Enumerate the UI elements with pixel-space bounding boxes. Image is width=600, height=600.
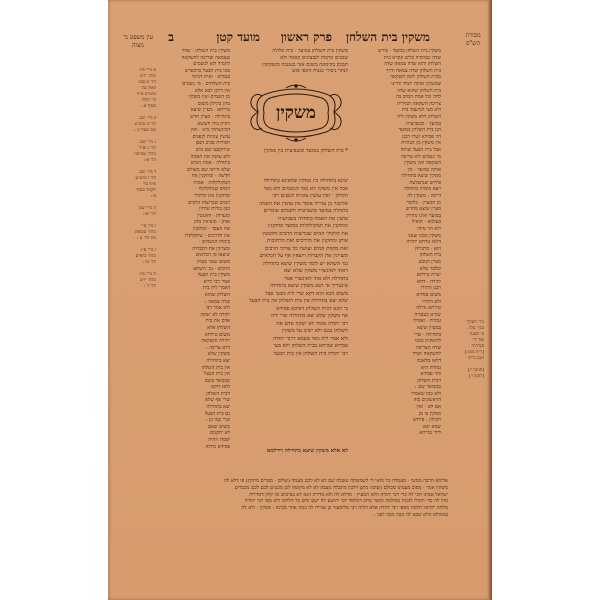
text-line: אדם את בית — [158, 318, 230, 325]
masoret-hashas-label: מסורת הש"ס — [460, 32, 486, 48]
text-line: מעיין הנובע — [353, 259, 441, 266]
text-line: רבי יהודה בית השלחן אין בית הבעל — [236, 351, 348, 359]
text-line: המים שנתקלקלו · — [158, 186, 230, 193]
header-tractate-title: משקין בית השלחן — [346, 30, 430, 45]
text-line: אם לא · ואין — [353, 404, 441, 411]
text-line: את הדרכים · שתקלקלו — [158, 233, 230, 240]
text-line: משום שאר מצות — [158, 259, 230, 266]
text-line: תמכון בקימונה משום אנוי בעונבה ומשקיפין — [236, 62, 348, 69]
text-line: גם בית הבעל — [158, 411, 230, 418]
text-line: ולא אמר רבי — [158, 305, 230, 312]
text-line: דלאו מלאכה — [353, 358, 441, 365]
text-line: פירוש שנתפרצה — [353, 180, 441, 187]
text-line: את העפר · ומתקנין — [158, 226, 230, 233]
text-line: לתמיד ולא לגשמים — [158, 61, 230, 68]
text-line: רבי יהודה אומר לא ישקה אדם את — [236, 321, 348, 329]
text-line: השלחן בגנב ולא ישיב על משקין — [236, 328, 348, 336]
text-line: השקאה ואין משקין — [353, 160, 441, 167]
text-line: הקילון · ואין עושין עוגיות לגפנים רבי — [236, 193, 348, 201]
text-line: גמורה היא — [353, 365, 441, 372]
text-line: מן המעיין · כלומר — [353, 200, 441, 207]
header-chapter: פרק ראשון — [281, 30, 332, 45]
text-line: עושין עוגיות לגפנים — [158, 134, 230, 141]
text-line: במעיין שיצא — [353, 325, 441, 332]
text-line: שצמאה וצריכה להשקאה — [158, 55, 230, 62]
text-line: מהן בקילון משום — [158, 101, 230, 108]
text-line: ולא כמו שאמרו — [353, 391, 441, 398]
text-line: ולא עושין את האמה — [158, 154, 230, 161]
text-line: משקין בית השלחן · שדה — [158, 48, 230, 55]
text-line: יצא בתחילה — [158, 358, 230, 365]
text-line: המים שברשות הרבים — [158, 200, 230, 207]
text-line: במועד ואינו מחזיק — [353, 213, 441, 220]
text-line: הראשונים בזה — [353, 397, 441, 404]
text-line: מלתה יקראל הלמה מספי רבי יהודה אלא הלוה … — [148, 505, 448, 512]
text-line: תנן בית השלחן במועד — [353, 127, 441, 134]
text-line: יהודה לא ישקה — [158, 312, 230, 319]
text-line: מבית השלחן לשון השקאה — [353, 74, 441, 81]
text-line: משקין בית השלחן במועד · פירש — [353, 48, 441, 55]
text-line: הוא · מתניתין — [353, 246, 441, 253]
text-line: ממקין בו מן — [353, 411, 441, 418]
text-line: משקין אמר · מסוב מעמינו מכולם (שוכה מתנן… — [148, 485, 448, 492]
text-line: אמר רבי חייא — [158, 279, 230, 286]
text-line: דלא צריכה : — [158, 345, 230, 352]
text-line: ואת מקוות המים ועושין כל צורכי הרבים — [236, 246, 348, 254]
text-line: שינא בתחילה בין ממקין שלאינא בתחילה — [236, 178, 348, 186]
text-line: אין בית השלחן — [158, 365, 230, 372]
text-line: בגמרא · ואית דגרסי — [158, 74, 230, 81]
page-edge-shadow — [488, 0, 492, 600]
text-line: שיתקבצו שם מים — [158, 147, 230, 154]
text-line: מי גשמים ולא צריכה — [353, 154, 441, 161]
ornamental-opening-word: משקין — [246, 82, 346, 144]
text-line: אותה במועד · בין — [353, 167, 441, 174]
text-line: להשקאה תמיד — [353, 351, 441, 358]
text-line: ולא התירו — [353, 299, 441, 306]
text-line: משום שאם — [158, 424, 230, 431]
text-line: אין משקין מן הבורות — [353, 140, 441, 147]
text-line: שלא היתה שם מעולם — [158, 167, 230, 174]
text-line: חדשה · ומתקנין את — [158, 173, 230, 180]
text-line: ומציינין את הקברות — [158, 246, 230, 253]
text-line: אין דרכן לבא אלא — [158, 88, 230, 95]
text-line: הרבים · גמ׳ השתא — [158, 266, 230, 273]
text-line: אבל בית הבעל שותה — [353, 147, 441, 154]
left-commentary: משקין בית השלחן · שדהשצמאה וצריכה להשקאה… — [158, 48, 230, 458]
text-line: משקין שלא — [158, 351, 230, 358]
text-line: שיצאו מן הכלאים — [158, 252, 230, 259]
text-line: [לקמן ו׳] — [444, 374, 484, 380]
text-line: שדה צמאה : — [158, 299, 230, 306]
text-line: בתחלה · אמת המים — [158, 160, 230, 167]
text-line: דבית השלחן — [158, 391, 230, 398]
text-line: שדה הצריכה — [353, 345, 441, 352]
text-line: ולאו דוקא — [158, 384, 230, 391]
text-line: טירחא · מעיין שיצא — [158, 107, 230, 114]
ein-mishpat-notes: א מיי׳ פ״זמהל׳ יו״טהל׳ א סמגלאוין עהטוש״… — [122, 68, 156, 428]
text-line: ולא אמר ליה מאי טעמא דרבי יהודה — [236, 336, 348, 344]
text-line: כגון בורות שיחין — [158, 206, 230, 213]
text-line: דאתי לאינשויי משקין שלא יצא — [236, 268, 348, 276]
header-folio: ב — [168, 30, 174, 45]
book-page: משקין בית השלחן פרק ראשון מועד קטן ב מסו… — [108, 0, 492, 600]
text-line: המקולקלות · אמות — [158, 180, 230, 187]
text-line: ומערות · וחוטטין — [158, 213, 230, 220]
text-line: להשקות ממנו — [353, 338, 441, 345]
text-line: לידי טירחא — [353, 430, 441, 437]
text-line: בית השלחים · מי גשמים — [158, 81, 230, 88]
masoret-hashas-notes: גיר׳ הערוךסגר׳ עלהפ׳ ונשנהועל ידיסגרתיה[… — [444, 320, 484, 390]
text-line: לחה וכל אמת המים בה — [353, 94, 441, 101]
text-line: לא יתקנום — [158, 430, 230, 437]
text-line: ממקין שיצא בתחילה — [353, 173, 441, 180]
text-line: שמשקין אותה תמיד והיינו — [353, 81, 441, 88]
text-line: הל׳ ד : — [122, 284, 156, 290]
main-gemara-text: שינא בתחילה בין ממקין שלאינא בתחילהאבל א… — [236, 178, 348, 478]
text-line: בתחילה · מעיין חדש — [158, 114, 230, 121]
text-line: יתירה · דהא — [353, 279, 441, 286]
text-line: השלחן שהוא — [158, 292, 230, 299]
text-line: אין בית הבעל — [158, 371, 230, 378]
text-line: יצא בתחילה — [158, 404, 230, 411]
main-text-closing: לא אלא משקין שיצא בתחילה דירלמא — [236, 448, 348, 464]
text-line: משקין בית הבעל — [158, 272, 230, 279]
text-line: אותן ומתקנין את הדרכים ואת הרחובות — [236, 238, 348, 246]
text-line: לנתר ניסורי כגנות חונפי פוש — [236, 68, 348, 75]
text-line: בית השלחן — [353, 252, 441, 259]
text-line: גמ׳ השתא יש לומר משקין שיצא בתחילה — [236, 261, 348, 269]
text-line: משום פסידא — [353, 292, 441, 299]
text-line: השלחן אלא — [158, 325, 230, 332]
text-line: דלאו טרחא יתירה — [353, 239, 441, 246]
running-header: משקין בית השלחן פרק ראשון מועד קטן ב — [108, 30, 492, 46]
text-line: הוי פסידא ושרו רבנן — [353, 134, 441, 141]
text-line: בית השלחן שדה צמאה ודרך — [353, 68, 441, 75]
text-line: משקין ממנו שאני — [353, 233, 441, 240]
text-line: פסידא שכיחא בבית השלחן ולא מצי — [236, 343, 348, 351]
text-line: והוי פסידא — [353, 371, 441, 378]
text-line: אליעזר בן עזריה אומר אין עושין את האמה — [236, 201, 348, 209]
text-line: כמבואר בשם — [158, 378, 230, 385]
text-line: השלחן דלא משקין ליה — [353, 114, 441, 121]
text-line: חפירות סביב הגפן — [158, 140, 230, 147]
text-line: כמבואר שם : — [353, 384, 441, 391]
text-line: בתחלה במועד ובשביעית וחכמים אומרים — [236, 208, 348, 216]
text-line: ובלבד שלא — [353, 266, 441, 273]
text-line: ומציינין את הקברות ויוצאין אף על הכלאים — [236, 253, 348, 261]
text-line: בעלמא · הואיל — [353, 219, 441, 226]
text-line: דבית השלחן — [353, 378, 441, 385]
text-line: אלימא הרבה ממשי · מעמדה כל נחאי לי לשמשק… — [148, 478, 448, 485]
text-line: שרי אף שלא — [158, 397, 230, 404]
text-line: שרי כמו כן : — [158, 417, 230, 424]
text-line: השלחן והוא שדה צמאה שדה — [353, 61, 441, 68]
text-line: מעיין שיצא מחדש — [353, 206, 441, 213]
text-line: אף משקין שלא יצא בתחילה שרי ליה — [236, 313, 348, 321]
text-line: בממולא הלא שבא לה מכה מכה לפני : — [148, 512, 448, 518]
text-line: הקילון : פירוש — [353, 417, 441, 424]
main-text-opening: * בית השלחן במועד ובשביעית בין ממקין — [236, 148, 348, 158]
text-line: כמו בית הבעל כדמפרש — [158, 68, 230, 75]
text-line: רבנן התירו — [353, 285, 441, 292]
ein-mishpat-label: עין משפט נר מצוה — [118, 34, 158, 50]
text-line: ישראל אמתו חכי לה כדי רבי יהודה הלא המעי… — [148, 492, 448, 499]
text-line: יתירה והשקאה — [158, 338, 230, 345]
text-line: אותן · מוציאין מהן — [158, 219, 230, 226]
text-line: ולא הוי מיהו — [353, 226, 441, 233]
text-line: דרכה : משקין לה — [353, 193, 441, 200]
text-line: צריכה השקאה תמידית — [353, 101, 441, 108]
text-line: מהו לה כדי תקולו לנכות מכולמה ומשר מתון … — [148, 498, 448, 505]
text-line: דאית ביה חששא — [158, 121, 230, 128]
text-line: בימות הגשמים · — [158, 239, 230, 246]
text-line: במועד · ובשביעית — [353, 121, 441, 128]
text-line: שדה שמימיה כלים ונקרא בית — [353, 55, 441, 62]
text-line: בית השלחן שהוא שדה — [353, 88, 441, 95]
text-line: ומתקנין את המקולקלות במועד ומתקנין — [236, 223, 348, 231]
text-line: אינטריך אי תנא משקין שיצא בתחילה — [236, 283, 348, 291]
right-commentary: משקין בית השלחן במועד · פירששדה שמימיה כ… — [353, 48, 441, 458]
text-line: שמנים וגרבות לנבעינים קאמר ולא — [236, 55, 348, 62]
text-line: פסידא גדולה — [158, 444, 230, 451]
text-line: יטרח טירחא — [353, 272, 441, 279]
text-line: ויצא מימיה מתחלה — [353, 186, 441, 193]
text-line: גמורה · ואפילו — [353, 318, 441, 325]
text-line: ומתקנין את קלקולי — [158, 193, 230, 200]
text-line: אבל אין משקין לא ממי הגשמים ולא ממי — [236, 186, 348, 194]
text-line: עושין את האמה בתחלה בשביעית — [236, 216, 348, 224]
text-line: מן השמים ואין משקין — [158, 94, 230, 101]
text-line: שמא יבא — [353, 424, 441, 431]
bottom-commentary: אלימא הרבה ממשי · מעמדה כל נחאי לי לשמשק… — [148, 478, 448, 518]
text-line: כי הכא דבית השלחן דאיכא פסידא — [236, 306, 348, 314]
text-line: משום טירחא — [158, 332, 230, 339]
text-line: שלא יצא בתחילה אין בית השלחן אין בית הבע… — [236, 298, 348, 306]
text-line: דמינשתקי מיא · ואין — [158, 127, 230, 134]
opening-word: משקין — [246, 82, 346, 144]
text-line: משום הכא הוא דקא שרי ליה מבעי אבל — [236, 291, 348, 299]
text-line: שהיא כעבודה — [353, 312, 441, 319]
text-line: משקין בית השלחן במועד · בית סלולה — [236, 48, 348, 55]
text-line: ולא מצי למיעבד בית — [353, 107, 441, 114]
text-line: יפסדו ויהיה — [158, 437, 230, 444]
text-line: טירחא גדולה — [353, 305, 441, 312]
text-line: בתחילה · שרי — [353, 332, 441, 339]
text-line: את קלקולי המים שברשות הרבים וחוטטין — [236, 231, 348, 239]
text-line: בתחילה ולא אתי לאינשויי אמר — [236, 276, 348, 284]
header-tractate: מועד קטן — [216, 30, 260, 45]
text-line: דאמר ליה בית — [158, 285, 230, 292]
